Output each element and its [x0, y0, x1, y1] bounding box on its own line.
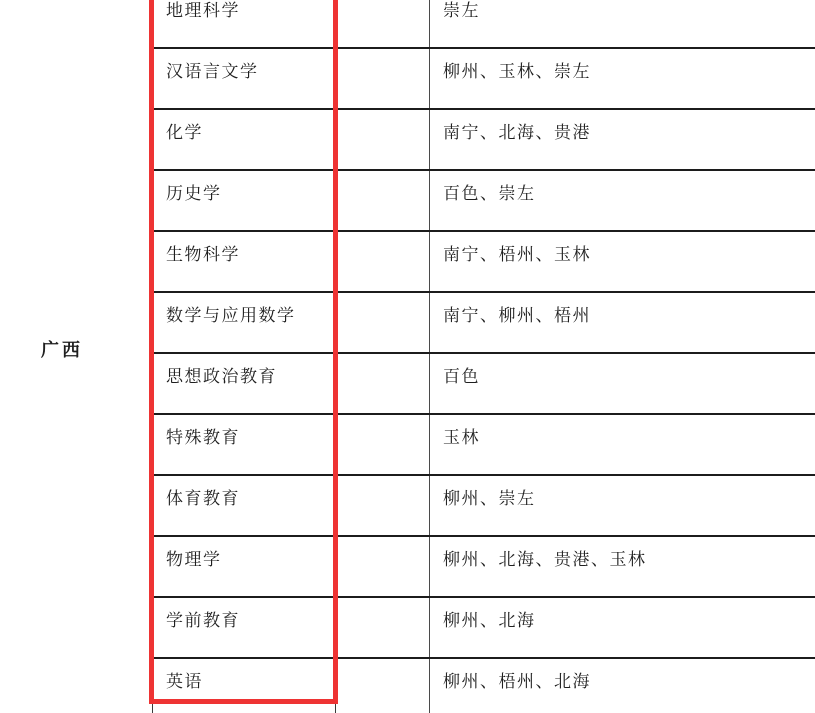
- cities-cell: 崇左: [430, 0, 815, 47]
- subject-cell: 汉语言文学: [152, 49, 336, 108]
- empty-cell: [336, 354, 430, 413]
- table-row: 学前教育 柳州、北海: [152, 598, 815, 659]
- cities-cell: 南宁、梧州、玉林: [430, 232, 815, 291]
- cities-cell: 柳州、北海、贵港、玉林: [430, 537, 815, 596]
- table-row: 体育教育 柳州、崇左: [152, 476, 815, 537]
- empty-cell: [336, 659, 430, 713]
- subject-cell: 特殊教育: [152, 415, 336, 474]
- empty-cell: [336, 293, 430, 352]
- table-grid: 地理科学 崇左 汉语言文学 柳州、玉林、崇左 化学 南宁、北海、贵港 历史学 百…: [0, 0, 815, 713]
- cities-cell: 柳州、玉林、崇左: [430, 49, 815, 108]
- subject-cell: 物理学: [152, 537, 336, 596]
- subject-cell: 生物科学: [152, 232, 336, 291]
- subject-cell: 化学: [152, 110, 336, 169]
- empty-cell: [336, 0, 430, 47]
- table-row: 化学 南宁、北海、贵港: [152, 110, 815, 171]
- table-row: 思想政治教育 百色: [152, 354, 815, 415]
- empty-cell: [336, 598, 430, 657]
- table-row: 历史学 百色、崇左: [152, 171, 815, 232]
- subject-cell: 思想政治教育: [152, 354, 336, 413]
- cities-cell: 百色、崇左: [430, 171, 815, 230]
- cities-cell: 玉林: [430, 415, 815, 474]
- table-row: 数学与应用数学 南宁、柳州、梧州: [152, 293, 815, 354]
- empty-cell: [336, 49, 430, 108]
- table-row: 地理科学 崇左: [152, 0, 815, 49]
- table-row: 汉语言文学 柳州、玉林、崇左: [152, 49, 815, 110]
- document-page: 广西 地理科学 崇左 汉语言文学 柳州、玉林、崇左 化学 南宁、北海、贵港 历史…: [0, 0, 815, 713]
- table-row: 生物科学 南宁、梧州、玉林: [152, 232, 815, 293]
- cities-cell: 柳州、崇左: [430, 476, 815, 535]
- empty-cell: [336, 415, 430, 474]
- table-row: 英语 柳州、梧州、北海: [152, 659, 815, 713]
- empty-cell: [336, 110, 430, 169]
- cities-cell: 南宁、北海、贵港: [430, 110, 815, 169]
- subject-cell: 历史学: [152, 171, 336, 230]
- empty-cell: [336, 232, 430, 291]
- subject-cell: 学前教育: [152, 598, 336, 657]
- empty-cell: [336, 537, 430, 596]
- empty-cell: [336, 476, 430, 535]
- subject-cell: 地理科学: [152, 0, 336, 47]
- table-row: 物理学 柳州、北海、贵港、玉林: [152, 537, 815, 598]
- table-row: 特殊教育 玉林: [152, 415, 815, 476]
- subject-cell: 数学与应用数学: [152, 293, 336, 352]
- empty-cell: [336, 171, 430, 230]
- subject-cell: 体育教育: [152, 476, 336, 535]
- subject-cell: 英语: [152, 659, 336, 713]
- cities-cell: 南宁、柳州、梧州: [430, 293, 815, 352]
- cities-cell: 柳州、梧州、北海: [430, 659, 815, 713]
- cities-cell: 柳州、北海: [430, 598, 815, 657]
- cities-cell: 百色: [430, 354, 815, 413]
